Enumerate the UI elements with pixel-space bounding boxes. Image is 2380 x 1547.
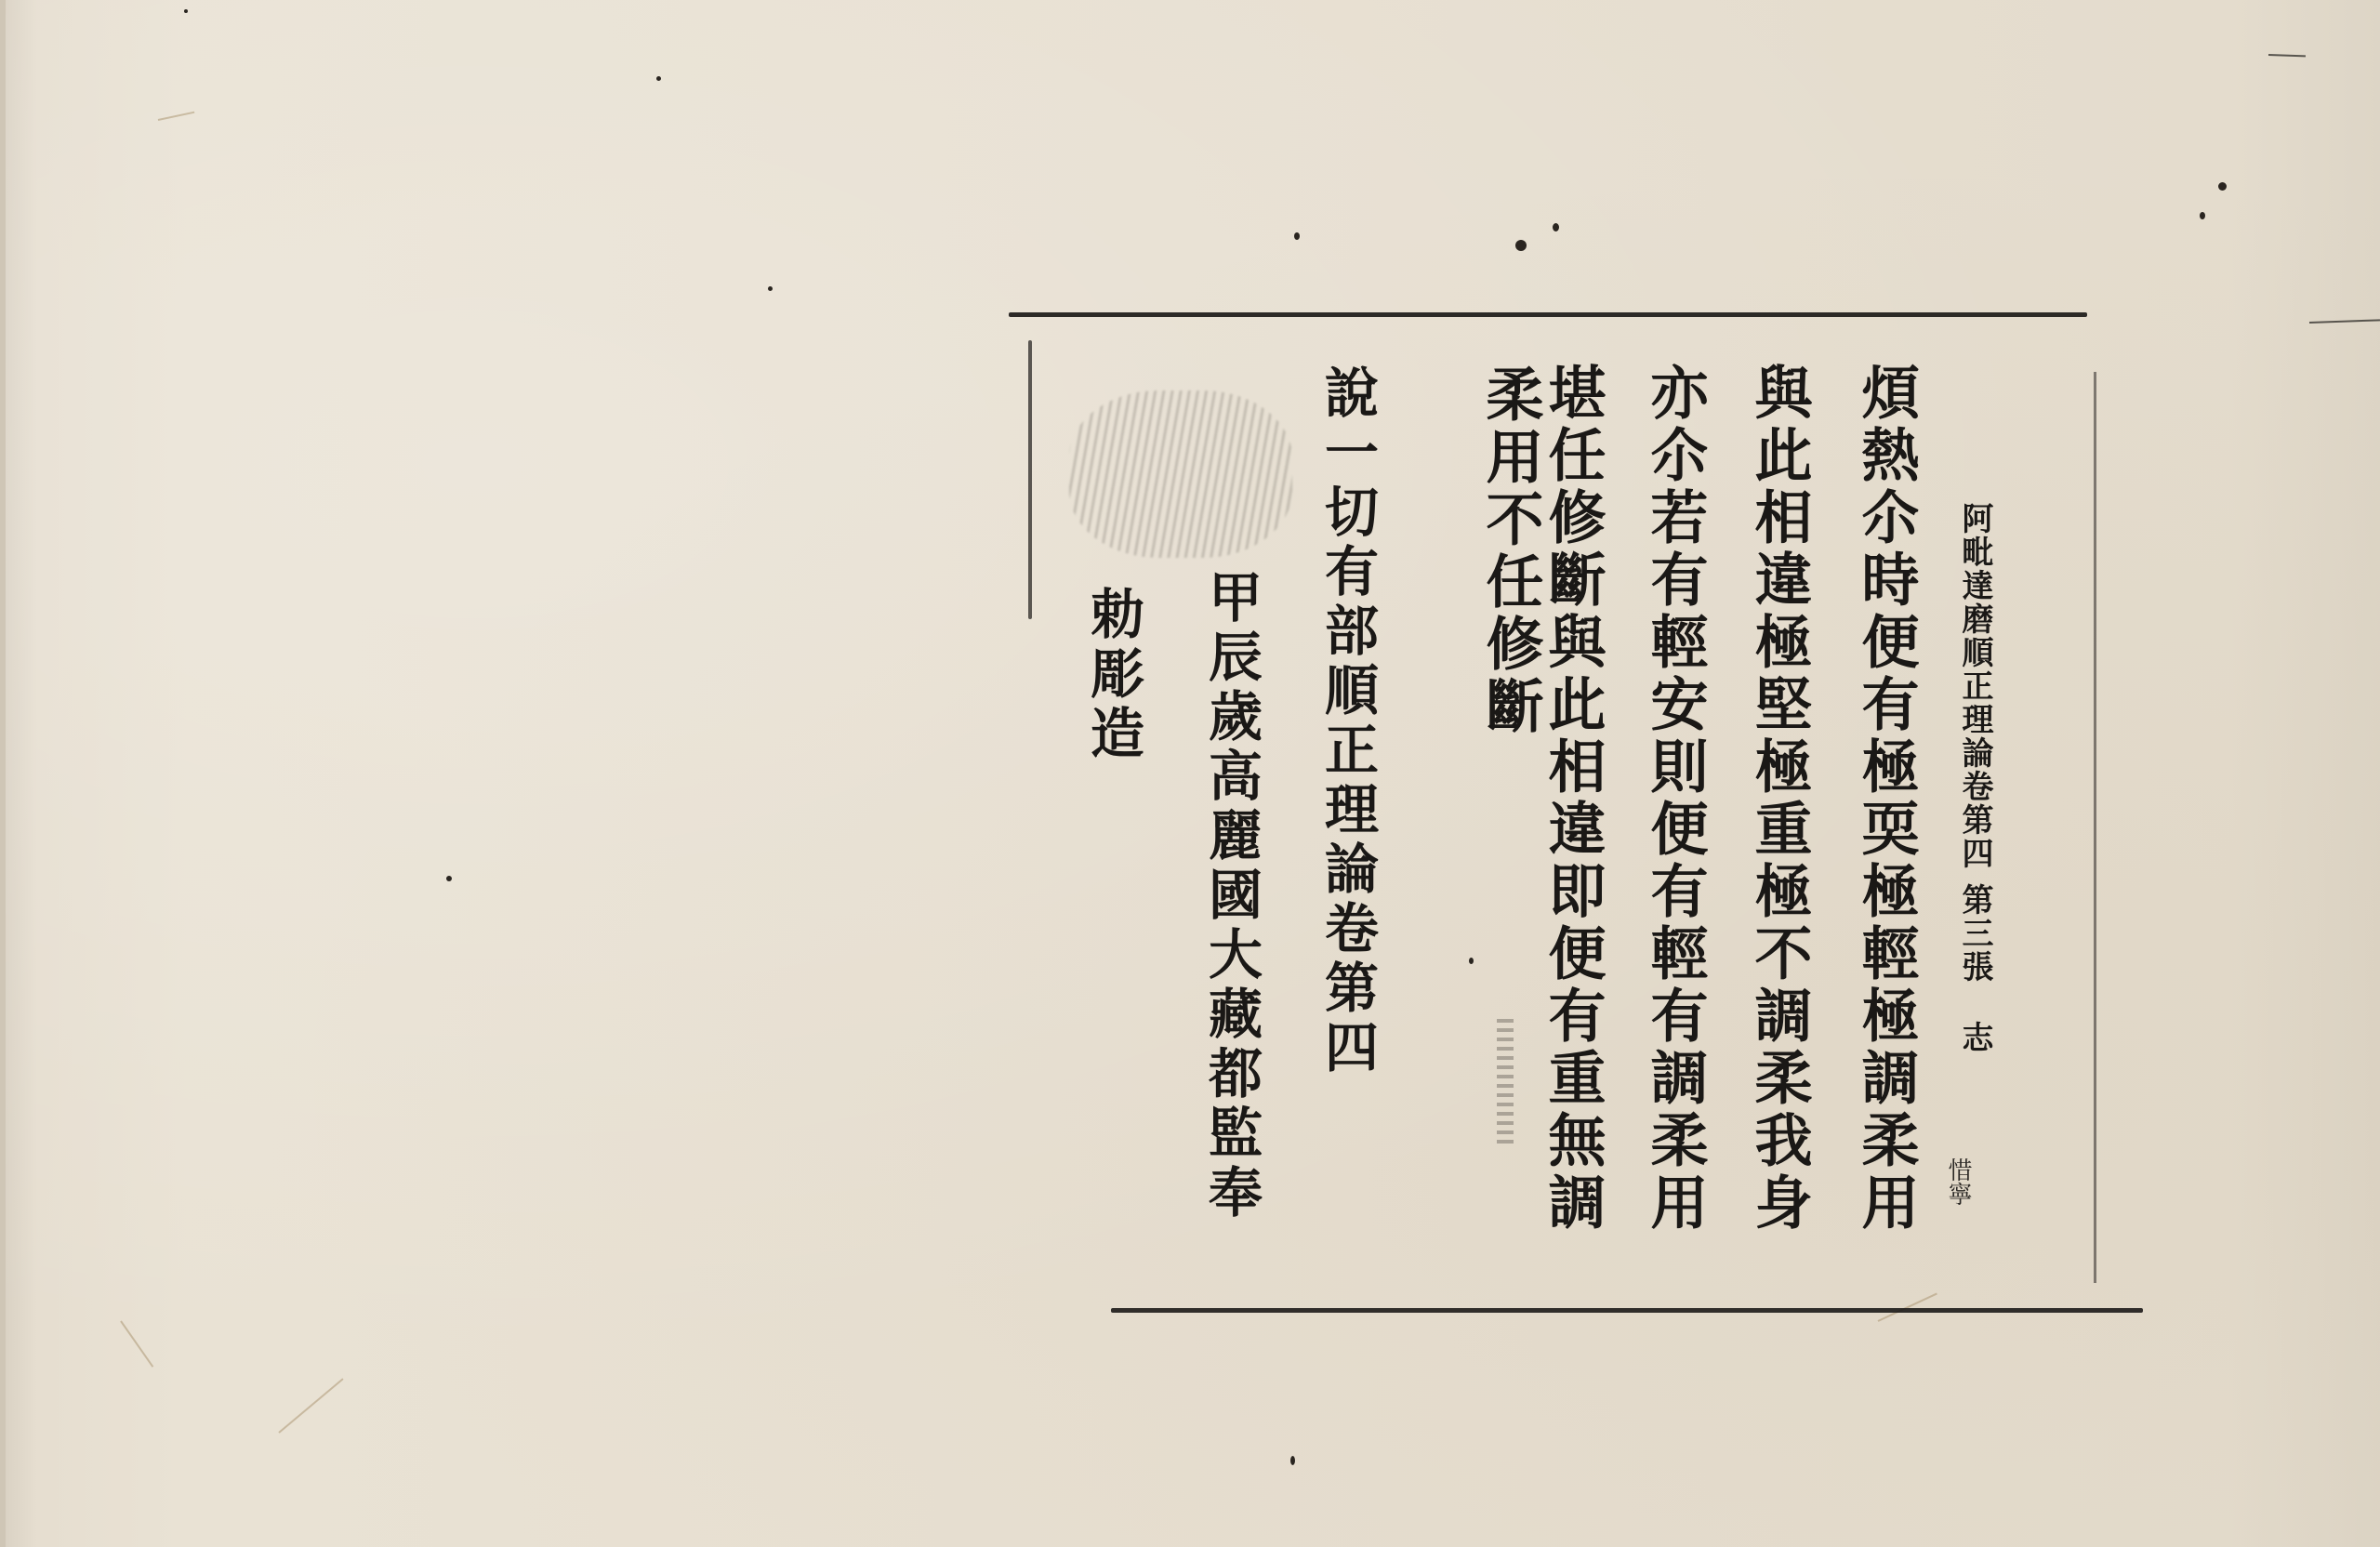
paper-speck (656, 76, 661, 81)
block-frame-top-border (1009, 312, 2087, 317)
paper-left-edge (0, 0, 6, 1547)
margin-small-note: 惜寧 (1941, 1157, 1976, 1206)
block-frame-left-border (1028, 340, 1032, 619)
carver-mark: 志 (1956, 1021, 1993, 1054)
paper-speck (768, 286, 773, 291)
ink-smudge (1497, 1013, 1514, 1144)
paper-speck (2200, 212, 2205, 219)
body-column-2: 與此相違極堅極重極不調柔我身 (1750, 363, 1807, 1235)
colophon-line-1: 甲辰歲高麗國大藏都監奉 (1204, 569, 1258, 1223)
body-column-5: 柔用不任修斷 (1481, 364, 1539, 738)
paper-speck (1553, 223, 1559, 231)
block-frame-right-border (2094, 372, 2096, 1283)
paper-speck (1469, 958, 1474, 964)
aged-paper-background (0, 0, 2380, 1547)
paper-speck (184, 9, 188, 13)
paper-speck (446, 876, 452, 881)
body-column-3: 亦尒若有輕安則便有輕有調柔用 (1646, 363, 1703, 1235)
paper-speck (1294, 232, 1300, 240)
paper-speck (1290, 1456, 1295, 1465)
paper-speck (1515, 240, 1527, 251)
body-column-4: 堪任修斷與此相違即便有重無調 (1543, 363, 1601, 1235)
margin-title-label: 阿毗達磨順正理論卷第四第三張志 (1952, 502, 1998, 1054)
margin-title: 阿毗達磨順正理論卷第四 (1956, 502, 1993, 870)
body-column-1: 煩熱尒時便有極耎極輕極調柔用 (1857, 363, 1914, 1235)
block-frame-bottom-border (1111, 1308, 2143, 1313)
end-title: 說一切有部順正理論卷第四 (1320, 364, 1374, 1078)
margin-page-number: 第三張 (1956, 883, 1993, 984)
colophon-line-2: 勅彫造 (1086, 586, 1140, 764)
paper-speck (2218, 182, 2227, 191)
ink-smudge (1069, 390, 1292, 558)
